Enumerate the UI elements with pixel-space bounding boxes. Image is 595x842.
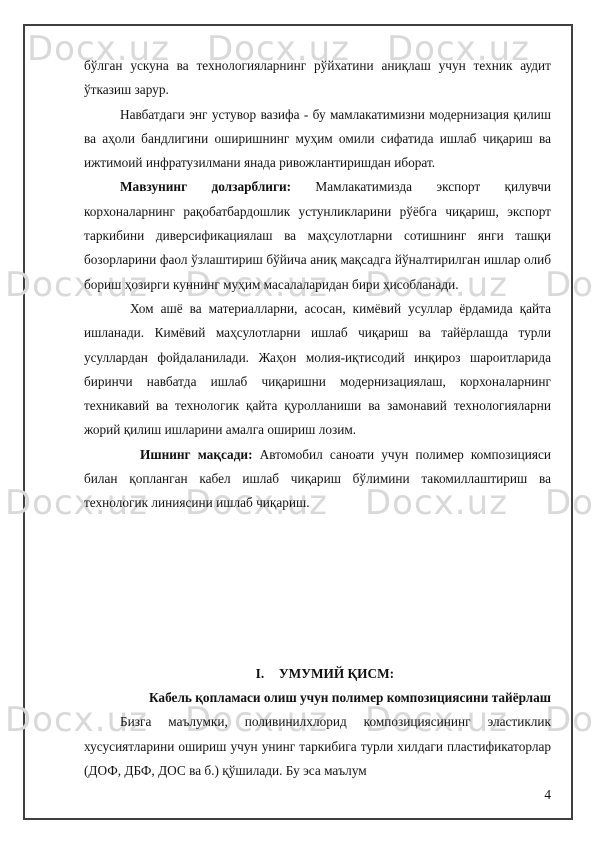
relevance-label: Мавзунинг долзарблиги: (120, 179, 291, 194)
paragraph-audit: бўлган ускуна ва технологияларнинг рўйха… (84, 54, 551, 103)
paragraph-relevance: Мавзунинг долзарблиги: Мамлакатимизда эк… (84, 175, 551, 296)
relevance-text: Мамлакатимизда экспорт қилувчи корхонала… (84, 179, 551, 291)
section-heading: I.УМУМИЙ ҚИСМ: (84, 662, 551, 686)
goal-label: Ишнинг мақсади: (140, 447, 253, 462)
document-body: бўлган ускуна ва технологияларнинг рўйха… (84, 54, 551, 807)
section-title: УМУМИЙ ҚИСМ: (279, 666, 394, 681)
page-number: 4 (84, 783, 551, 807)
paragraph-goal: Ишнинг мақсади: Автомобил саноати учун п… (84, 443, 551, 516)
section-number: I. (241, 662, 279, 686)
paragraph-priority-task: Навбатдаги энг устувор вазифа - бу мамла… (84, 103, 551, 176)
blank-space (84, 516, 551, 662)
paragraph-raw-materials: Хом ашё ва материалларни, асосан, кимёви… (84, 297, 551, 443)
subsection-heading: Кабель қопламаси олиш учун полимер компо… (84, 686, 551, 710)
paragraph-pvc-plasticizers: Бизга маълумки, поливинилхлорид композиц… (84, 710, 551, 783)
